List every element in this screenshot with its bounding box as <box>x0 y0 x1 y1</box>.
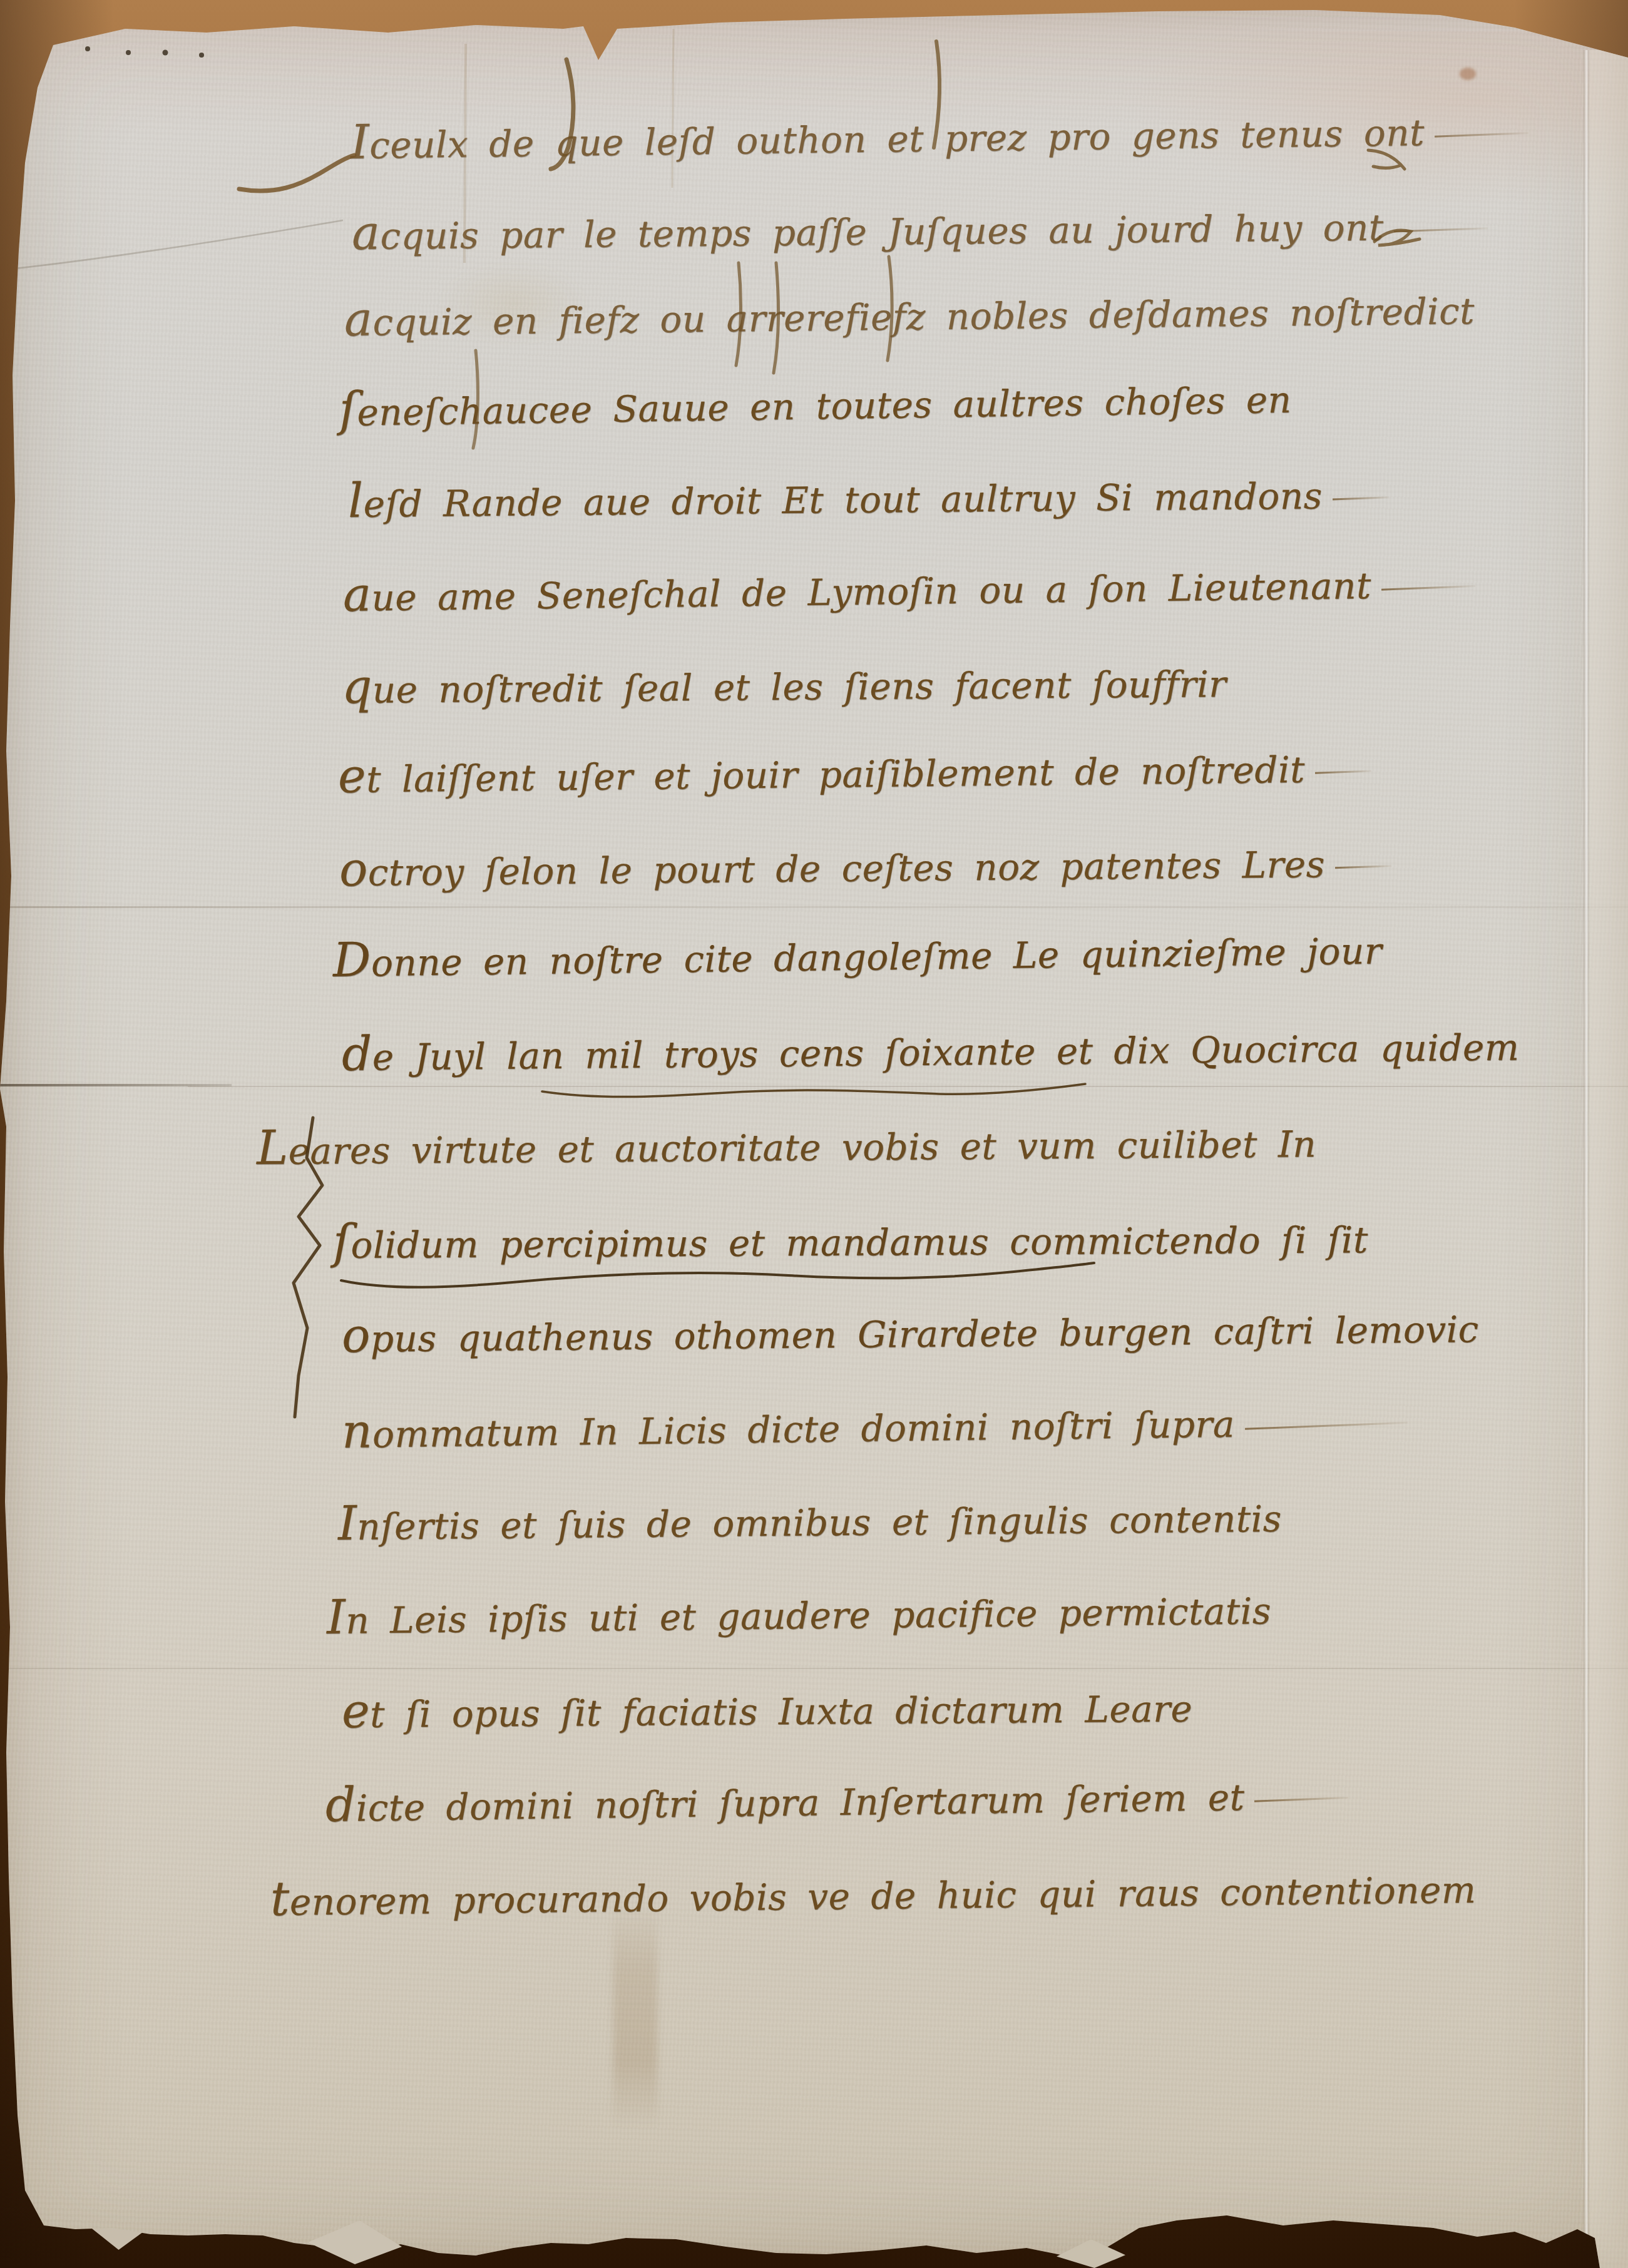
tall-ascender-stroke <box>934 41 939 148</box>
ink-show-through <box>464 44 466 263</box>
ink-marks-overlay <box>0 0 1628 2268</box>
tall-ascender-stroke <box>551 59 573 169</box>
underline-date <box>542 1084 1085 1097</box>
opening-swash <box>239 155 354 191</box>
crease-arc <box>10 220 343 269</box>
ink-dots-top-edge <box>58 37 204 58</box>
margin-zigzag-bracket <box>294 1118 322 1417</box>
long-descender-stroke <box>473 350 478 448</box>
long-descender-stroke <box>736 263 740 365</box>
line-end-flourish <box>1368 150 1405 169</box>
long-descender-stroke <box>774 263 778 373</box>
ink-show-through <box>672 29 673 188</box>
long-descender-stroke <box>888 257 892 360</box>
manuscript-page: Iceulx de que leſd outhon et prez pro ge… <box>0 0 1628 2268</box>
underline-solidum <box>341 1263 1094 1287</box>
line-end-flourish <box>1375 230 1420 245</box>
photo-backdrop: Iceulx de que leſd outhon et prez pro ge… <box>0 0 1628 2268</box>
